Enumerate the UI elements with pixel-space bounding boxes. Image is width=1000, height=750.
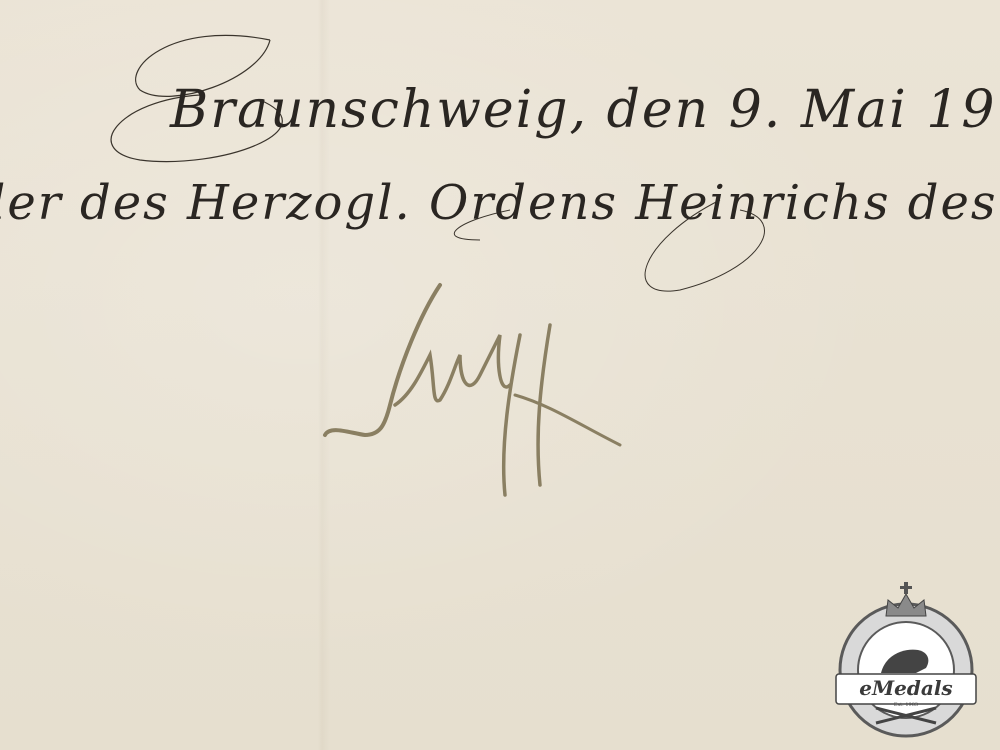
order-line: ler des Herzogl. Ordens Heinrichs des (0, 175, 998, 231)
date-line: Braunschweig, den 9. Mai 1914. (170, 80, 1000, 140)
signature: Ernst (320, 275, 640, 509)
signature-stroke (320, 275, 640, 505)
emedals-logo: eMedals Est. 1983 (826, 578, 986, 743)
emblem-established: Est. 1983 (826, 702, 986, 708)
emblem-badge-icon (826, 578, 986, 743)
emblem-brand: eMedals (826, 676, 986, 700)
